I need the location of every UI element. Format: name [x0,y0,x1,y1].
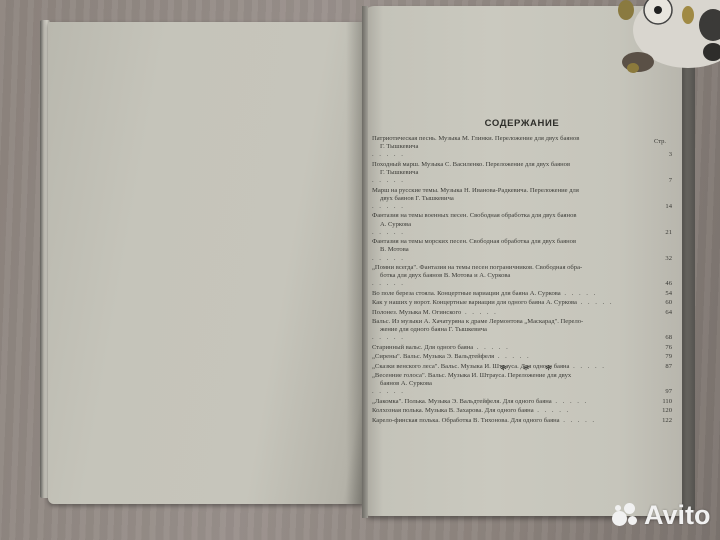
avito-logo-icon [612,503,642,529]
toc-entry-title: Вальс. Из музыки А. Хачатуряна к драме Л… [372,318,583,325]
leader-dots: . . . . . [372,203,405,210]
ornament: * * * [500,363,558,379]
toc-entry-title: Как у наших у ворот. Концертные вариации… [372,299,577,306]
table-of-contents: СОДЕРЖАНИЕ Стр. Патриотическая песнь. Му… [372,118,672,426]
leader-dots: . . . . . [372,229,405,236]
toc-entry-continuation: Г. Тышкевича [372,143,648,151]
leader-dots: . . . . . [560,417,596,424]
toc-entry: Как у наших у ворот. Концертные вариации… [372,299,672,307]
toc-entry-title: Полонез. Музыка М. Огинского [372,309,461,316]
toc-entry-title: Карело-финская полька. Обработка В. Тихо… [372,417,560,424]
toc-entry-page: 32 [652,255,672,263]
toc-entry-page: 14 [652,203,672,211]
toc-entry: „Сирены". Вальс. Музыка Э. Вальдтейфеля … [372,353,672,361]
toc-entry: Фантазия на темы морских песен. Свободна… [372,238,672,263]
toc-entry-continuation: двух баянов Г. Тышкевича [372,195,648,203]
avito-text: Avito [644,500,711,531]
toc-entry-page: 54 [652,290,672,298]
toc-entry-page: 68 [652,334,672,342]
toc-entries: Патриотическая песнь. Музыка М. Глинки. … [372,135,672,425]
toc-entry-page: 64 [652,309,672,317]
toc-entry-title: Колхозная полька. Музыка В. Захарова. Дл… [372,407,534,414]
toc-entry-page: 122 [652,417,672,425]
toc-entry-title: Фантазия на темы морских песен. Свободна… [372,238,576,245]
toc-entry-title: Во поле береза стояла. Концертные вариац… [372,290,561,297]
toc-entry: Полонез. Музыка М. Огинского . . . . .64 [372,309,672,317]
leader-dots: . . . . . [534,407,570,414]
leader-dots: . . . . . [473,344,509,351]
avito-watermark: Avito [612,500,711,531]
leader-dots: . . . . . [372,334,405,341]
toc-entry-page: 3 [652,151,672,159]
toc-entry: Колхозная полька. Музыка В. Захарова. Дл… [372,407,672,415]
toc-entry-title: Походный марш. Музыка С. Василенко. Пере… [372,161,570,168]
toc-entry-page: 79 [652,353,672,361]
toy-figure-icon [598,0,720,88]
toc-entry-page: 60 [652,299,672,307]
toc-title: СОДЕРЖАНИЕ [372,118,672,129]
toc-entry-page: 76 [652,344,672,352]
toc-entry-continuation: баянов А. Суркова [372,380,648,388]
toc-entry-title: Фантазия на темы военных песен. Свободна… [372,212,577,219]
left-blank-page [48,22,366,504]
page-column-header: Стр. [654,138,666,145]
leader-dots: . . . . . [372,280,405,287]
toc-entry-continuation: Г. Тышкевича [372,169,648,177]
toc-entry-page: 120 [652,407,672,415]
leader-dots: . . . . . [561,290,597,297]
leader-dots: . . . . . [372,255,405,262]
toc-entry-continuation: жение для одного баяна Г. Тышкевича [372,326,648,334]
toc-entry: Походный марш. Музыка С. Василенко. Пере… [372,161,672,186]
toc-entry-continuation: В. Мотова [372,246,648,254]
book-gutter [362,6,368,518]
toc-entry: Старинный вальс. Для одного баяна . . . … [372,344,672,352]
toc-entry-title: „Лакомка". Полька. Музыка Э. Вальдтейфел… [372,398,552,405]
toc-entry-page: 97 [652,388,672,396]
toc-entry-page: 46 [652,280,672,288]
toc-entry-continuation: А. Суркова [372,221,648,229]
toc-entry: Марш на русские темы. Музыка Н. Иванова-… [372,187,672,212]
toc-entry-title: Старинный вальс. Для одного баяна [372,344,473,351]
toc-entry: Во поле береза стояла. Концертные вариац… [372,290,672,298]
leader-dots: . . . . . [552,398,588,405]
leader-dots: . . . . . [494,353,530,360]
toc-entry-title: Марш на русские темы. Музыка Н. Иванова-… [372,187,579,194]
leader-dots: . . . . . [372,388,405,395]
toc-entry-page: 21 [652,229,672,237]
toc-entry: „Лакомка". Полька. Музыка Э. Вальдтейфел… [372,398,672,406]
leader-dots: . . . . . [372,177,405,184]
leader-dots: . . . . . [577,299,613,306]
toc-entry: Карело-финская полька. Обработка В. Тихо… [372,417,672,425]
toc-entry: Патриотическая песнь. Музыка М. Глинки. … [372,135,672,160]
toc-entry-page: 7 [652,177,672,185]
toc-entry: Фантазия на темы военных песен. Свободна… [372,212,672,237]
toc-entry: Вальс. Из музыки А. Хачатуряна к драме Л… [372,318,672,343]
leader-dots: . . . . . [569,363,605,370]
leader-dots: . . . . . [461,309,497,316]
toc-entry-continuation: ботка для двух баянов В. Мотова и А. Сур… [372,272,648,280]
leader-dots: . . . . . [372,151,405,158]
toc-entry-title: Патриотическая песнь. Музыка М. Глинки. … [372,135,579,142]
toc-entry-title: „Помни всегда". Фантазия на темы песен п… [372,264,582,271]
toc-entry-page: 110 [652,398,672,406]
toc-entry-page: 87 [652,363,672,371]
toc-entry-title: „Сирены". Вальс. Музыка Э. Вальдтейфеля [372,353,494,360]
toc-entry: „Помни всегда". Фантазия на темы песен п… [372,264,672,289]
